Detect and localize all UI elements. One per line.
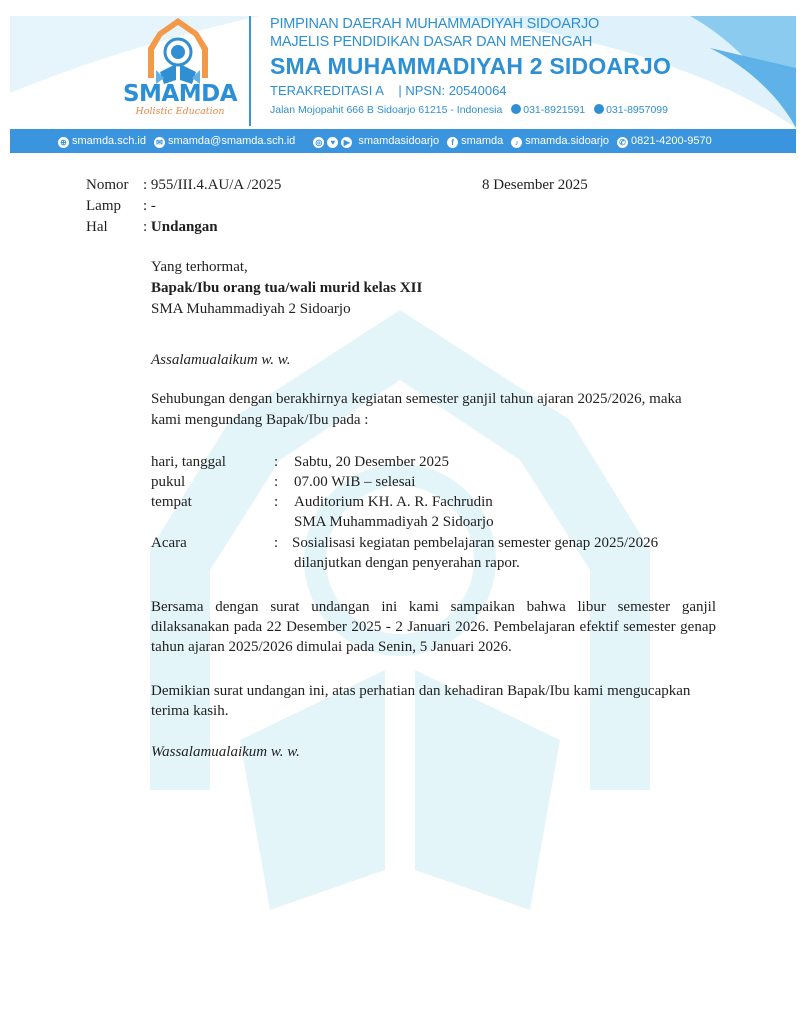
contact-whatsapp: ✆0821-4200-9570 bbox=[617, 135, 712, 148]
detail-colon: : bbox=[274, 533, 278, 553]
subject: Undangan bbox=[151, 219, 218, 235]
intro-line-2: kami mengundang Bapak/Ibu pada : bbox=[151, 410, 368, 430]
phone-icon bbox=[511, 104, 521, 114]
globe-icon: ⊕ bbox=[58, 137, 69, 148]
nomor-value: : 955/III.4.AU/A /2025 bbox=[143, 175, 281, 195]
whatsapp-icon: ✆ bbox=[617, 137, 628, 148]
facebook-icon: f bbox=[447, 137, 458, 148]
contact-facebook: fsmamda bbox=[447, 135, 503, 148]
recipient-org: SMA Muhammadiyah 2 Sidoarjo bbox=[151, 299, 351, 319]
lamp-value: : - bbox=[143, 196, 156, 216]
detail-value-place: Auditorium KH. A. R. Fachrudin bbox=[294, 492, 493, 512]
phone-icon bbox=[594, 104, 604, 114]
header-line-council: MAJELIS PENDIDIKAN DASAR DAN MENENGAH bbox=[270, 34, 592, 50]
contact-website: ⊕smamda.sch.id bbox=[58, 135, 146, 148]
contact-social: ◎♥▶ smamdasidoarjo bbox=[313, 135, 439, 148]
letterhead: SMAMDA Holistic Education PIMPINAN DAERA… bbox=[10, 8, 796, 153]
hal-label: Hal bbox=[86, 217, 108, 237]
detail-colon: : bbox=[274, 492, 278, 512]
detail-value-date: Sabtu, 20 Desember 2025 bbox=[294, 452, 449, 472]
detail-value-event: Sosialisasi kegiatan pembelajaran semest… bbox=[292, 533, 658, 553]
contact-email: ✉smamda@smamda.sch.id bbox=[154, 135, 295, 148]
detail-label-date: hari, tanggal bbox=[151, 452, 226, 472]
detail-label-place: tempat bbox=[151, 492, 192, 512]
school-name: SMA MUHAMMADIYAH 2 SIDOARJO bbox=[270, 53, 671, 80]
youtube-icon: ▶ bbox=[341, 137, 352, 148]
detail-colon: : bbox=[274, 472, 278, 492]
nomor-label: Nomor bbox=[86, 175, 129, 195]
tiktok-icon: ♪ bbox=[511, 137, 522, 148]
holiday-paragraph: Bersama dengan surat undangan ini kami s… bbox=[151, 597, 716, 657]
contact-tiktok: ♪smamda.sidoarjo bbox=[511, 135, 609, 148]
detail-label-event: Acara bbox=[151, 533, 187, 553]
detail-colon: : bbox=[274, 452, 278, 472]
detail-label-time: pukul bbox=[151, 472, 185, 492]
contact-band: ⊕smamda.sch.id ✉smamda@smamda.sch.id ◎♥▶… bbox=[10, 129, 796, 153]
closing-paragraph: Demikian surat undangan ini, atas perhat… bbox=[151, 681, 716, 721]
twitter-icon: ♥ bbox=[327, 137, 338, 148]
lamp-label: Lamp bbox=[86, 196, 121, 216]
phone-2: 031-8957099 bbox=[606, 104, 668, 116]
intro-line-1: Sehubungan dengan berakhirnya kegiatan s… bbox=[151, 389, 682, 409]
phone-1: 031-8921591 bbox=[523, 104, 585, 116]
accreditation: TERAKREDITASI A bbox=[270, 83, 384, 98]
closing-salutation: Wassalamualaikum w. w. bbox=[151, 742, 300, 762]
hal-value: : Undangan bbox=[143, 217, 218, 237]
detail-value-time: 07.00 WIB – selesai bbox=[294, 472, 415, 492]
recipient-greeting: Yang terhormat, bbox=[151, 257, 248, 277]
accreditation-line: TERAKREDITASI A | NPSN: 20540064 bbox=[270, 83, 507, 98]
instagram-icon: ◎ bbox=[313, 137, 324, 148]
opening-salutation: Assalamualaikum w. w. bbox=[151, 350, 290, 370]
address-line: Jalan Mojopahit 666 B Sidoarjo 61215 - I… bbox=[270, 104, 668, 116]
recipient-name: Bapak/Ibu orang tua/wali murid kelas XII bbox=[151, 278, 422, 298]
detail-value-event-2: dilanjutkan dengan penyerahan rapor. bbox=[294, 553, 520, 573]
logo-tagline: Holistic Education bbox=[120, 106, 240, 117]
logo-wordmark: SMAMDA bbox=[120, 81, 240, 107]
header-line-organization: PIMPINAN DAERAH MUHAMMADIYAH SIDOARJO bbox=[270, 16, 599, 32]
letter-date: 8 Desember 2025 bbox=[482, 175, 588, 195]
mail-icon: ✉ bbox=[154, 137, 165, 148]
address: Jalan Mojopahit 666 B Sidoarjo 61215 - I… bbox=[270, 104, 502, 116]
header-divider bbox=[249, 16, 251, 126]
npsn: | NPSN: 20540064 bbox=[398, 83, 506, 98]
detail-value-place-2: SMA Muhammadiyah 2 Sidoarjo bbox=[294, 512, 494, 532]
